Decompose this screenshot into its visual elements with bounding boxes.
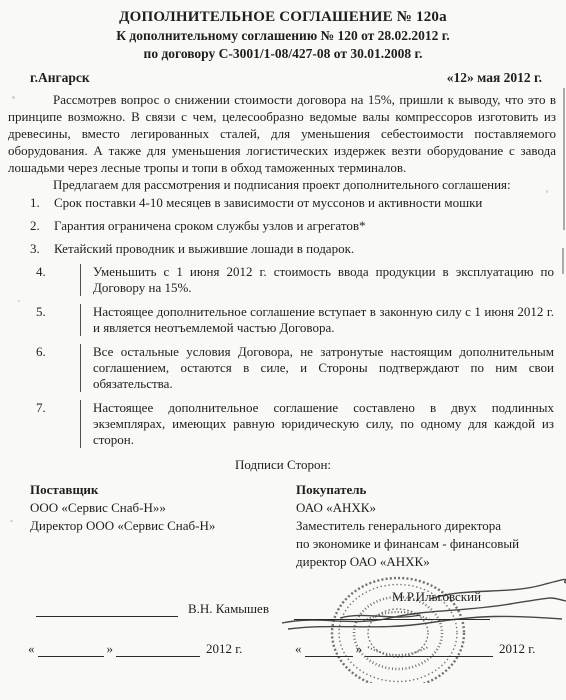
- list-item-6: 6. Все остальные условия Договора, не за…: [36, 344, 554, 392]
- scan-edge-mark: [562, 248, 564, 274]
- meta-row: г.Ангарск «12» мая 2012 г.: [0, 69, 566, 87]
- signature-line: [36, 601, 178, 617]
- title-line-3: по договору С-3001/1-08/427-08 от 30.01.…: [0, 45, 566, 63]
- list-item-5: 5. Настоящее дополнительное соглашение в…: [36, 304, 554, 336]
- parties-block: Поставщик ООО «Сервис Снаб-Н»» Директор …: [0, 481, 566, 571]
- buyer-date-blank: « » 2012 г.: [295, 641, 535, 657]
- scan-speck: [546, 190, 548, 193]
- supplier-date-blank: « » 2012 г.: [28, 641, 242, 657]
- supplier-line: Директор ООО «Сервис Снаб-Н»: [30, 517, 296, 535]
- buyer-line: по экономике и финансам - финансовый: [296, 535, 550, 553]
- item-text: Кетайский проводник и выжившие лошади в …: [54, 241, 554, 257]
- company-seal-stamp: [280, 571, 566, 683]
- scan-edge-mark: [563, 88, 565, 230]
- quote-open: «: [295, 641, 302, 657]
- supplier-line: ООО «Сервис Снаб-Н»»: [30, 499, 296, 517]
- list-item-2: 2. Гарантия ограничена сроком службы узл…: [30, 218, 554, 234]
- list-item-1: 1. Срок поставки 4-10 месяцев в зависимо…: [30, 195, 554, 211]
- buyer-line: ОАО «АНХК»: [296, 499, 550, 517]
- title-line-2: К дополнительному соглашению № 120 от 28…: [0, 27, 566, 45]
- year-label: 2012 г.: [499, 641, 535, 657]
- blank-line: [38, 642, 104, 657]
- supplier-role: Поставщик: [30, 481, 296, 499]
- item-text: Уменьшить с 1 июня 2012 г. стоимость вво…: [80, 264, 554, 296]
- buyer-signature-name: М.Р.Ильговский: [392, 589, 481, 605]
- scan-speck: [10, 520, 13, 522]
- intro-paragraph: Рассмотрев вопрос о снижении стоимости д…: [8, 91, 556, 176]
- quote-close: »: [107, 641, 114, 657]
- supplier-block: Поставщик ООО «Сервис Снаб-Н»» Директор …: [30, 481, 296, 571]
- item-number: 5.: [36, 304, 80, 336]
- item-number: 3.: [30, 241, 54, 257]
- item-number: 7.: [36, 400, 80, 448]
- blank-line: [305, 642, 353, 657]
- city-label: г.Ангарск: [30, 69, 90, 87]
- item-text: Все остальные условия Договора, не затро…: [80, 344, 554, 392]
- document-page: ДОПОЛНИТЕЛЬНОЕ СОГЛАШЕНИЕ № 120а К допол…: [0, 0, 566, 700]
- buyer-signature-row: [294, 604, 490, 620]
- item-text: Настоящее дополнительное соглашение всту…: [80, 304, 554, 336]
- list-item-4: 4. Уменьшить с 1 июня 2012 г. стоимость …: [36, 264, 554, 296]
- buyer-block: Покупатель ОАО «АНХК» Заместитель генера…: [296, 481, 550, 571]
- signatures-heading: Подписи Сторон:: [0, 456, 566, 473]
- blank-line: [365, 642, 493, 657]
- scan-speck: [18, 300, 20, 302]
- item-number: 1.: [30, 195, 54, 211]
- agreement-items-list: 1. Срок поставки 4-10 месяцев в зависимо…: [0, 195, 566, 448]
- item-text: Срок поставки 4-10 месяцев в зависимости…: [54, 195, 554, 211]
- year-label: 2012 г.: [206, 641, 242, 657]
- signature-area: В.Н. Камышев М.Р.Ильговский « » 2012 г. …: [0, 571, 566, 681]
- buyer-role: Покупатель: [296, 481, 550, 499]
- item-number: 4.: [36, 264, 80, 296]
- supplier-signature-name: В.Н. Камышев: [188, 601, 269, 617]
- date-label: «12» мая 2012 г.: [447, 69, 542, 87]
- list-item-7: 7. Настоящее дополнительное соглашение с…: [36, 400, 554, 448]
- document-title-block: ДОПОЛНИТЕЛЬНОЕ СОГЛАШЕНИЕ № 120а К допол…: [0, 0, 566, 62]
- item-text: Гарантия ограничена сроком службы узлов …: [54, 218, 554, 234]
- signature-line: [294, 604, 490, 620]
- list-item-3: 3. Кетайский проводник и выжившие лошади…: [30, 241, 554, 257]
- item-number: 6.: [36, 344, 80, 392]
- buyer-line: директор ОАО «АНХК»: [296, 553, 550, 571]
- proposal-lead: Предлагаем для рассмотрения и подписания…: [8, 176, 556, 193]
- quote-close: »: [356, 641, 363, 657]
- blank-line: [116, 642, 200, 657]
- scan-speck: [30, 648, 33, 650]
- item-text: Настоящее дополнительное соглашение сост…: [80, 400, 554, 448]
- buyer-line: Заместитель генерального директора: [296, 517, 550, 535]
- supplier-signature-row: В.Н. Камышев: [36, 601, 269, 617]
- title-line-1: ДОПОЛНИТЕЛЬНОЕ СОГЛАШЕНИЕ № 120а: [0, 8, 566, 27]
- item-number: 2.: [30, 218, 54, 234]
- scan-speck: [12, 96, 15, 99]
